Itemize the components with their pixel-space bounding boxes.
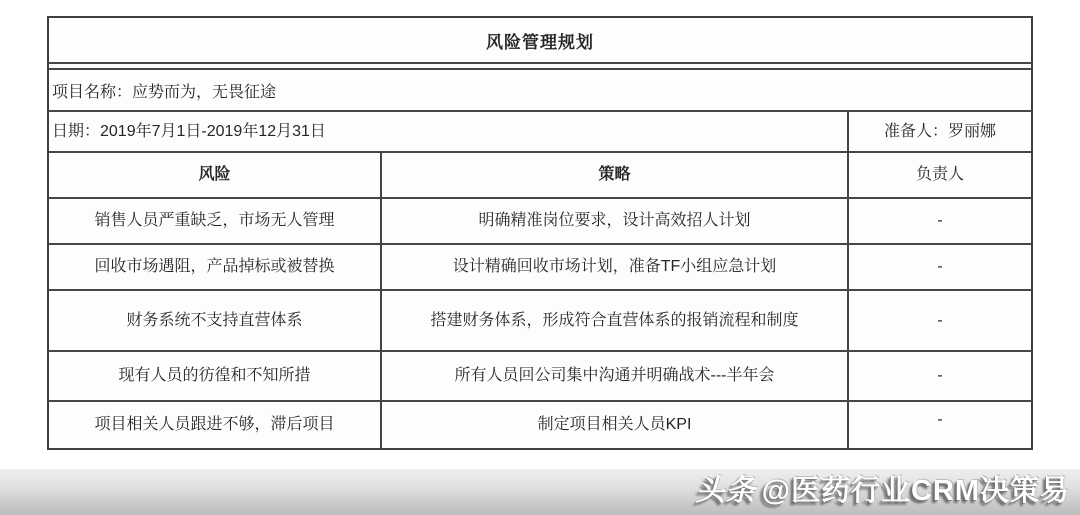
table-row: 回收市场遇阻，产品掉标或被替换 设计精确回收市场计划，准备TF小组应急计划 - [49, 245, 1031, 291]
strategy-cell: 明确精准岗位要求，设计高效招人计划 [380, 199, 847, 243]
risk-cell: 财务系统不支持直营体系 [49, 291, 380, 350]
risk-cell: 销售人员严重缺乏，市场无人管理 [49, 199, 380, 243]
risk-cell: 回收市场遇阻，产品掉标或被替换 [49, 245, 380, 289]
owner-cell: - [847, 402, 1031, 448]
owner-cell: - [847, 199, 1031, 243]
risk-plan-table: 风险管理规划 项目名称：应势而为，无畏征途 日期：2019年7月1日-2019年… [47, 16, 1033, 450]
column-header-row: 风险 策略 负责人 [49, 153, 1031, 199]
header-strategy: 策略 [380, 153, 847, 197]
header-risk: 风险 [49, 153, 380, 197]
owner-cell: - [847, 291, 1031, 350]
strategy-cell: 所有人员回公司集中沟通并明确战术---半年会 [380, 352, 847, 400]
project-name-text: 项目名称：应势而为，无畏征途 [52, 79, 276, 102]
table-row: 财务系统不支持直营体系 搭建财务体系，形成符合直营体系的报销流程和制度 - [49, 291, 1031, 352]
page-title: 风险管理规划 [486, 28, 594, 53]
strategy-cell: 搭建财务体系，形成符合直营体系的报销流程和制度 [380, 291, 847, 350]
risk-cell: 项目相关人员跟进不够，滞后项目 [49, 402, 380, 448]
header-owner: 负责人 [847, 153, 1031, 197]
table-row: 项目相关人员跟进不够，滞后项目 制定项目相关人员KPI - [49, 402, 1031, 448]
toutiao-watermark: 头条@医药行业CRM决策易 [696, 468, 1070, 509]
preparer-cell: 准备人：罗丽娜 [847, 112, 1031, 151]
table-row: 现有人员的彷徨和不知所措 所有人员回公司集中沟通并明确战术---半年会 - [49, 352, 1031, 402]
table-row: 销售人员严重缺乏，市场无人管理 明确精准岗位要求，设计高效招人计划 - [49, 199, 1031, 245]
owner-cell: - [847, 245, 1031, 289]
video-frame: 风险管理规划 项目名称：应势而为，无畏征途 日期：2019年7月1日-2019年… [0, 0, 1080, 515]
date-cell: 日期：2019年7月1日-2019年12月31日 [49, 112, 847, 151]
table-title-row: 风险管理规划 [49, 18, 1031, 64]
date-row: 日期：2019年7月1日-2019年12月31日 准备人：罗丽娜 [49, 112, 1031, 153]
strategy-cell: 制定项目相关人员KPI [380, 402, 847, 448]
strategy-cell: 设计精确回收市场计划，准备TF小组应急计划 [380, 245, 847, 289]
toutiao-logo-text: 头条 [696, 475, 756, 507]
risk-cell: 现有人员的彷徨和不知所措 [49, 352, 380, 400]
owner-cell: - [847, 352, 1031, 400]
watermark-handle: @医药行业CRM决策易 [762, 475, 1070, 507]
project-name-row: 项目名称：应势而为，无畏征途 [49, 70, 1031, 112]
